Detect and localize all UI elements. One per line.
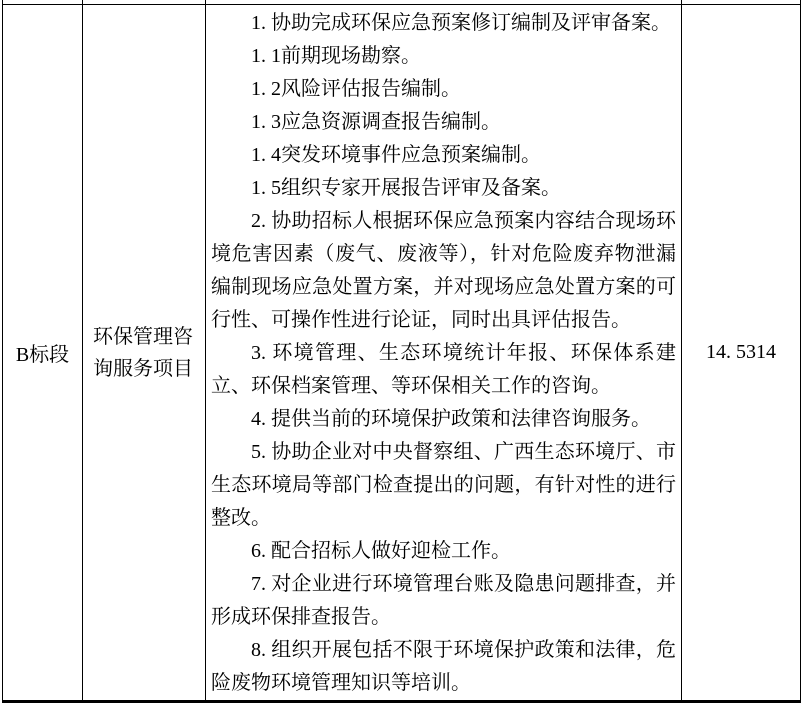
scope-item-paragraph: 4. 提供当前的环境保护政策和法律咨询服务。	[211, 403, 676, 436]
amount-value: 14. 5314	[706, 341, 776, 364]
document-page: B标段 环保管理咨询服务项目 1. 协助完成环保应急预案修订编制及评审备案。1.…	[0, 0, 804, 711]
scope-item-paragraph: 5. 协助企业对中央督察组、广西生态环境厅、市生态环境局等部门检查提出的问题，有…	[211, 436, 676, 535]
project-name: 环保管理咨询服务项目	[93, 321, 195, 385]
cell-amount: 14. 5314	[682, 5, 800, 700]
scope-item-paragraph: 2. 协助招标人根据环保应急预案内容结合现场环境危害因素（废气、废液等），针对危…	[211, 205, 676, 337]
cell-scope: 1. 协助完成环保应急预案修订编制及评审备案。1. 1前期现场勘察。1. 2风险…	[206, 5, 682, 700]
scope-item-paragraph: 1. 3应急资源调查报告编制。	[211, 106, 676, 139]
scope-item-paragraph: 1. 1前期现场勘察。	[211, 40, 676, 73]
scope-item-paragraph: 1. 4突发环境事件应急预案编制。	[211, 139, 676, 172]
scope-item-paragraph: 6. 配合招标人做好迎检工作。	[211, 535, 676, 568]
scope-item-paragraph: 8. 组织开展包括不限于环境保护政策和法律，危险废物环境管理知识等培训。	[211, 634, 676, 700]
scope-item-paragraph: 7. 对企业进行环境管理台账及隐患问题排查，并形成环保排查报告。	[211, 568, 676, 634]
scope-item-paragraph: 1. 2风险评估报告编制。	[211, 73, 676, 106]
service-scope-table: B标段 环保管理咨询服务项目 1. 协助完成环保应急预案修订编制及评审备案。1.…	[2, 4, 801, 703]
cell-section: B标段	[3, 5, 83, 700]
scope-item-paragraph: 1. 协助完成环保应急预案修订编制及评审备案。	[211, 7, 676, 40]
scope-item-paragraph: 1. 5组织专家开展报告评审及备案。	[211, 172, 676, 205]
cell-project: 环保管理咨询服务项目	[83, 5, 206, 700]
section-label: B标段	[16, 338, 69, 367]
scope-item-paragraph: 3. 环境管理、生态环境统计年报、环保体系建立、环保档案管理、等环保相关工作的咨…	[211, 337, 676, 403]
